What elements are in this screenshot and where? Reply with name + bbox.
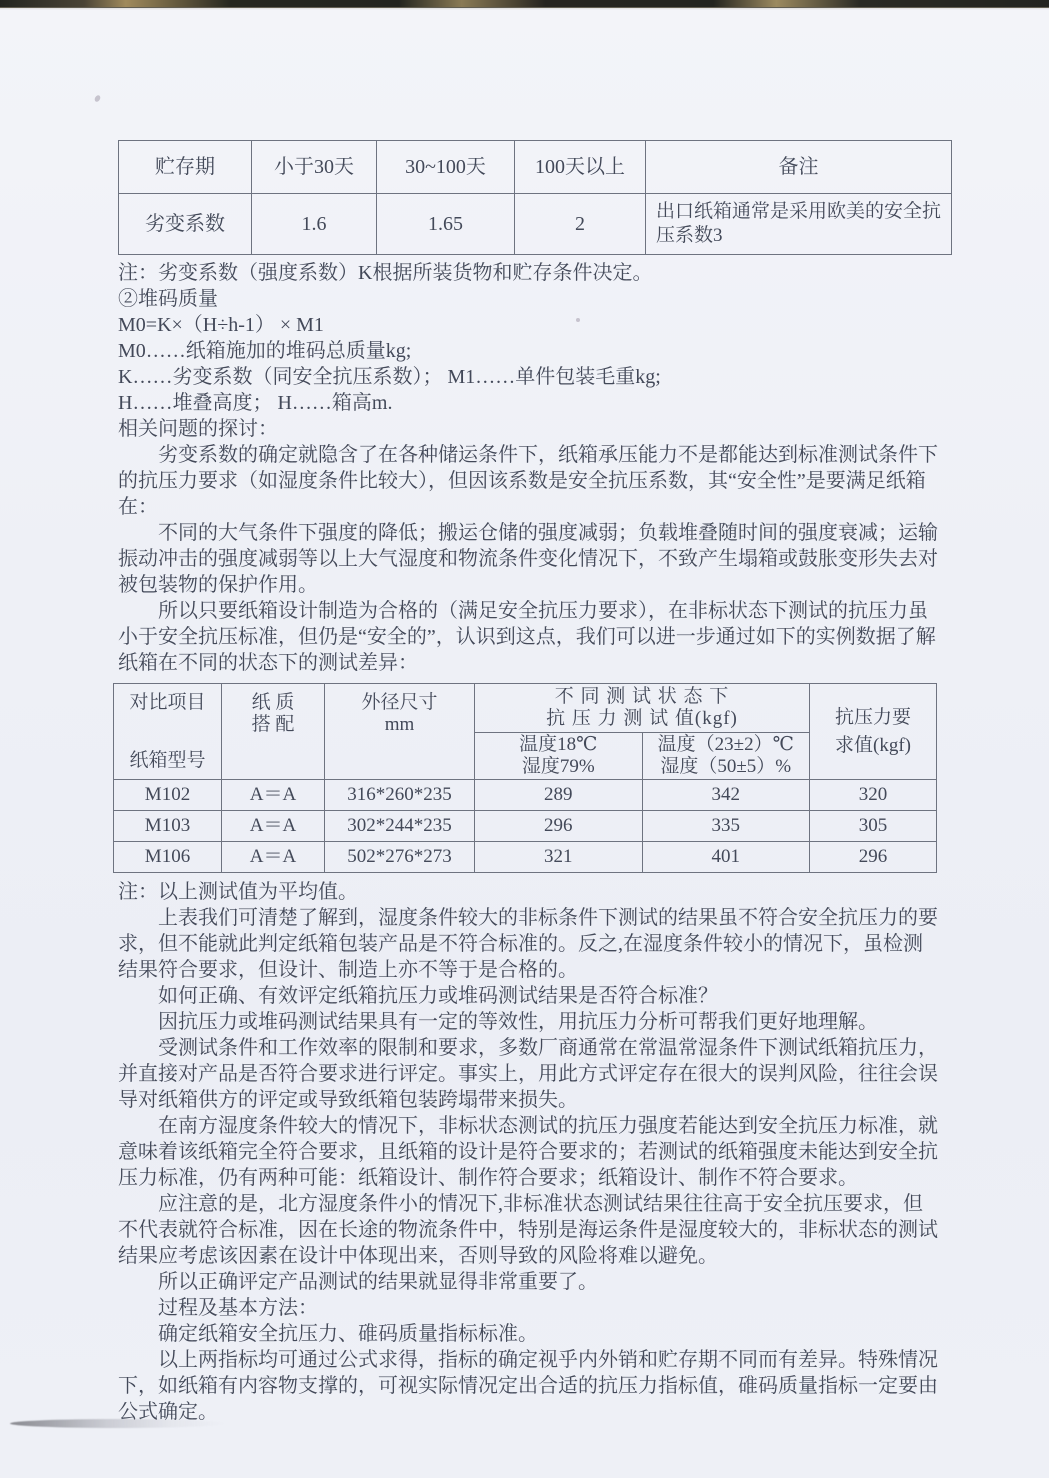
header-test-states-line1: 不 同 测 试 状 态 下 <box>476 686 808 708</box>
document-content: 贮存期 小于30天 30~100天 100天以上 备注 劣变系数 1.6 1.6… <box>118 140 940 1425</box>
note-line: 注：劣变系数（强度系数）K根据所装货物和贮存条件决定。 <box>118 260 940 286</box>
header-test-states: 不 同 测 试 状 态 下 抗 压 力 测 试 值(kgf) <box>475 684 810 733</box>
cell-required-value: 305 <box>810 811 937 842</box>
paragraph: 确定纸箱安全抗压力、碓码质量指标标准。 <box>118 1321 940 1347</box>
paragraph: 应注意的是，北方湿度条件小的情况下,非标准状态测试结果往往高于安全抗压要求，但不… <box>118 1191 940 1269</box>
cell-test-value-2: 401 <box>642 842 810 873</box>
cell-remark: 出口纸箱通常是采用欧美的安全抗压系数3 <box>646 194 952 255</box>
header-paper-line1: 纸 质 <box>223 692 323 714</box>
header-remark: 备注 <box>646 141 952 194</box>
cell-paper-match: A＝A <box>222 811 325 842</box>
notes-section: 注：劣变系数（强度系数）K根据所装货物和贮存条件决定。 ②堆码质量 M0=K×（… <box>118 260 940 676</box>
paragraph: 上表我们可清楚了解到，湿度条件较大的非标条件下测试的结果虽不符合安全抗压力的要求… <box>118 905 940 983</box>
cell-model: M103 <box>114 811 222 842</box>
section-heading: 相关问题的探讨： <box>118 416 940 442</box>
formula-legend-line: K……劣变系数（同安全抗压系数）； M1……单件包装毛重kg; <box>118 364 940 390</box>
cell-dimensions: 302*244*235 <box>325 811 475 842</box>
paragraph: 如何正确、有效评定纸箱抗压力或堆码测试结果是否符合标准？ <box>118 983 940 1009</box>
header-required-line2: 求值(kgf) <box>811 735 935 757</box>
paragraph: 所以正确评定产品测试的结果就显得非常重要了。 <box>118 1269 940 1295</box>
formula-legend-line: M0……纸箱施加的堆码总质量kg; <box>118 338 940 364</box>
subheader-humidity-1: 湿度79% <box>476 756 641 778</box>
table-row: M102 A＝A 316*260*235 289 342 320 <box>114 780 937 811</box>
compression-table-wrapper: 对比项目 纸箱型号 纸 质 搭 配 外径尺寸 mm <box>113 683 940 873</box>
note-line: 注：以上测试值为平均值。 <box>118 879 940 905</box>
paragraph: 因抗压力或堆码测试结果具有一定的等效性，用抗压力分析可帮我们更好地理解。 <box>118 1009 940 1035</box>
header-compare-item-top: 对比项目 <box>115 692 220 714</box>
table-header-row: 对比项目 纸箱型号 纸 质 搭 配 外径尺寸 mm <box>114 684 937 733</box>
cell-dimensions: 316*260*235 <box>325 780 475 811</box>
cell-test-value-2: 335 <box>642 811 810 842</box>
paragraph: 劣变系数的确定就隐含了在各种储运条件下，纸箱承压能力不是都能达到标准测试条件下的… <box>118 442 940 520</box>
table-header-row: 贮存期 小于30天 30~100天 100天以上 备注 <box>119 141 952 194</box>
cell-paper-match: A＝A <box>222 842 325 873</box>
cell-dimensions: 502*276*273 <box>325 842 475 873</box>
deterioration-coefficient-table: 贮存期 小于30天 30~100天 100天以上 备注 劣变系数 1.6 1.6… <box>118 140 952 255</box>
header-carton-model: 纸箱型号 <box>115 750 220 772</box>
header-dimensions-line1: 外径尺寸 <box>326 692 473 714</box>
header-compare-item: 对比项目 纸箱型号 <box>114 684 222 780</box>
header-outer-dimensions: 外径尺寸 mm <box>325 684 475 780</box>
note-line: ②堆码质量 <box>118 286 940 312</box>
cell-value: 1.6 <box>252 194 377 255</box>
discussion-section: 注：以上测试值为平均值。 上表我们可清楚了解到，湿度条件较大的非标条件下测试的结… <box>118 879 940 1425</box>
header-dimensions-unit: mm <box>326 714 473 736</box>
table-row: M103 A＝A 302*244*235 296 335 305 <box>114 811 937 842</box>
cell-model: M106 <box>114 842 222 873</box>
subheader-condition-1: 温度18℃ 湿度79% <box>475 733 643 780</box>
subheader-humidity-2: 湿度（50±5）% <box>644 756 809 778</box>
header-under-30-days: 小于30天 <box>252 141 377 194</box>
cell-paper-match: A＝A <box>222 780 325 811</box>
paragraph: 所以只要纸箱设计制造为合格的（满足安全抗压力要求），在非标状态下测试的抗压力虽小… <box>118 598 940 676</box>
header-paper-line2: 搭 配 <box>223 714 323 736</box>
header-storage-period: 贮存期 <box>119 141 252 194</box>
paragraph: 受测试条件和工作效率的限制和要求，多数厂商通常在常温常湿条件下测试纸箱抗压力，并… <box>118 1035 940 1113</box>
paragraph: 以上两指标均可通过公式求得，指标的确定视乎内外销和贮存期不同而有差异。特殊情况下… <box>118 1347 940 1425</box>
table-row: 劣变系数 1.6 1.65 2 出口纸箱通常是采用欧美的安全抗压系数3 <box>119 194 952 255</box>
cell-coefficient-label: 劣变系数 <box>119 194 252 255</box>
cell-test-value-1: 289 <box>475 780 643 811</box>
scan-top-edge <box>0 0 1049 8</box>
header-test-states-line2: 抗 压 力 测 试 值(kgf) <box>476 708 808 730</box>
header-over-100-days: 100天以上 <box>515 141 646 194</box>
subheader-temp-1: 温度18℃ <box>476 734 641 756</box>
subheader-temp-2: 温度（23±2）℃ <box>644 734 809 756</box>
cell-test-value-1: 321 <box>475 842 643 873</box>
formula-line: M0=K×（H÷h-1） × M1 <box>118 312 940 338</box>
header-30-100-days: 30~100天 <box>377 141 515 194</box>
cell-value: 1.65 <box>377 194 515 255</box>
scanned-document-page: 贮存期 小于30天 30~100天 100天以上 备注 劣变系数 1.6 1.6… <box>0 0 1049 1478</box>
table-row: M106 A＝A 502*276*273 321 401 296 <box>114 842 937 873</box>
cell-model: M102 <box>114 780 222 811</box>
cell-test-value-1: 296 <box>475 811 643 842</box>
subheader-condition-2: 温度（23±2）℃ 湿度（50±5）% <box>642 733 810 780</box>
compression-test-table: 对比项目 纸箱型号 纸 质 搭 配 外径尺寸 mm <box>113 683 937 873</box>
section-heading: 过程及基本方法： <box>118 1295 940 1321</box>
header-required-line1: 抗压力要 <box>811 707 935 729</box>
header-required-value: 抗压力要 求值(kgf) <box>810 684 937 780</box>
formula-legend-line: H……堆叠高度； H……箱高m. <box>118 390 940 416</box>
paragraph: 在南方湿度条件较大的情况下，非标状态测试的抗压力强度若能达到安全抗压力标准，就意… <box>118 1113 940 1191</box>
cell-required-value: 296 <box>810 842 937 873</box>
header-paper-match: 纸 质 搭 配 <box>222 684 325 780</box>
cell-test-value-2: 342 <box>642 780 810 811</box>
cell-value: 2 <box>515 194 646 255</box>
scan-speck <box>94 94 102 103</box>
paragraph: 不同的大气条件下强度的降低；搬运仓储的强度减弱；负载堆叠随时间的强度衰减；运输振… <box>118 520 940 598</box>
cell-required-value: 320 <box>810 780 937 811</box>
